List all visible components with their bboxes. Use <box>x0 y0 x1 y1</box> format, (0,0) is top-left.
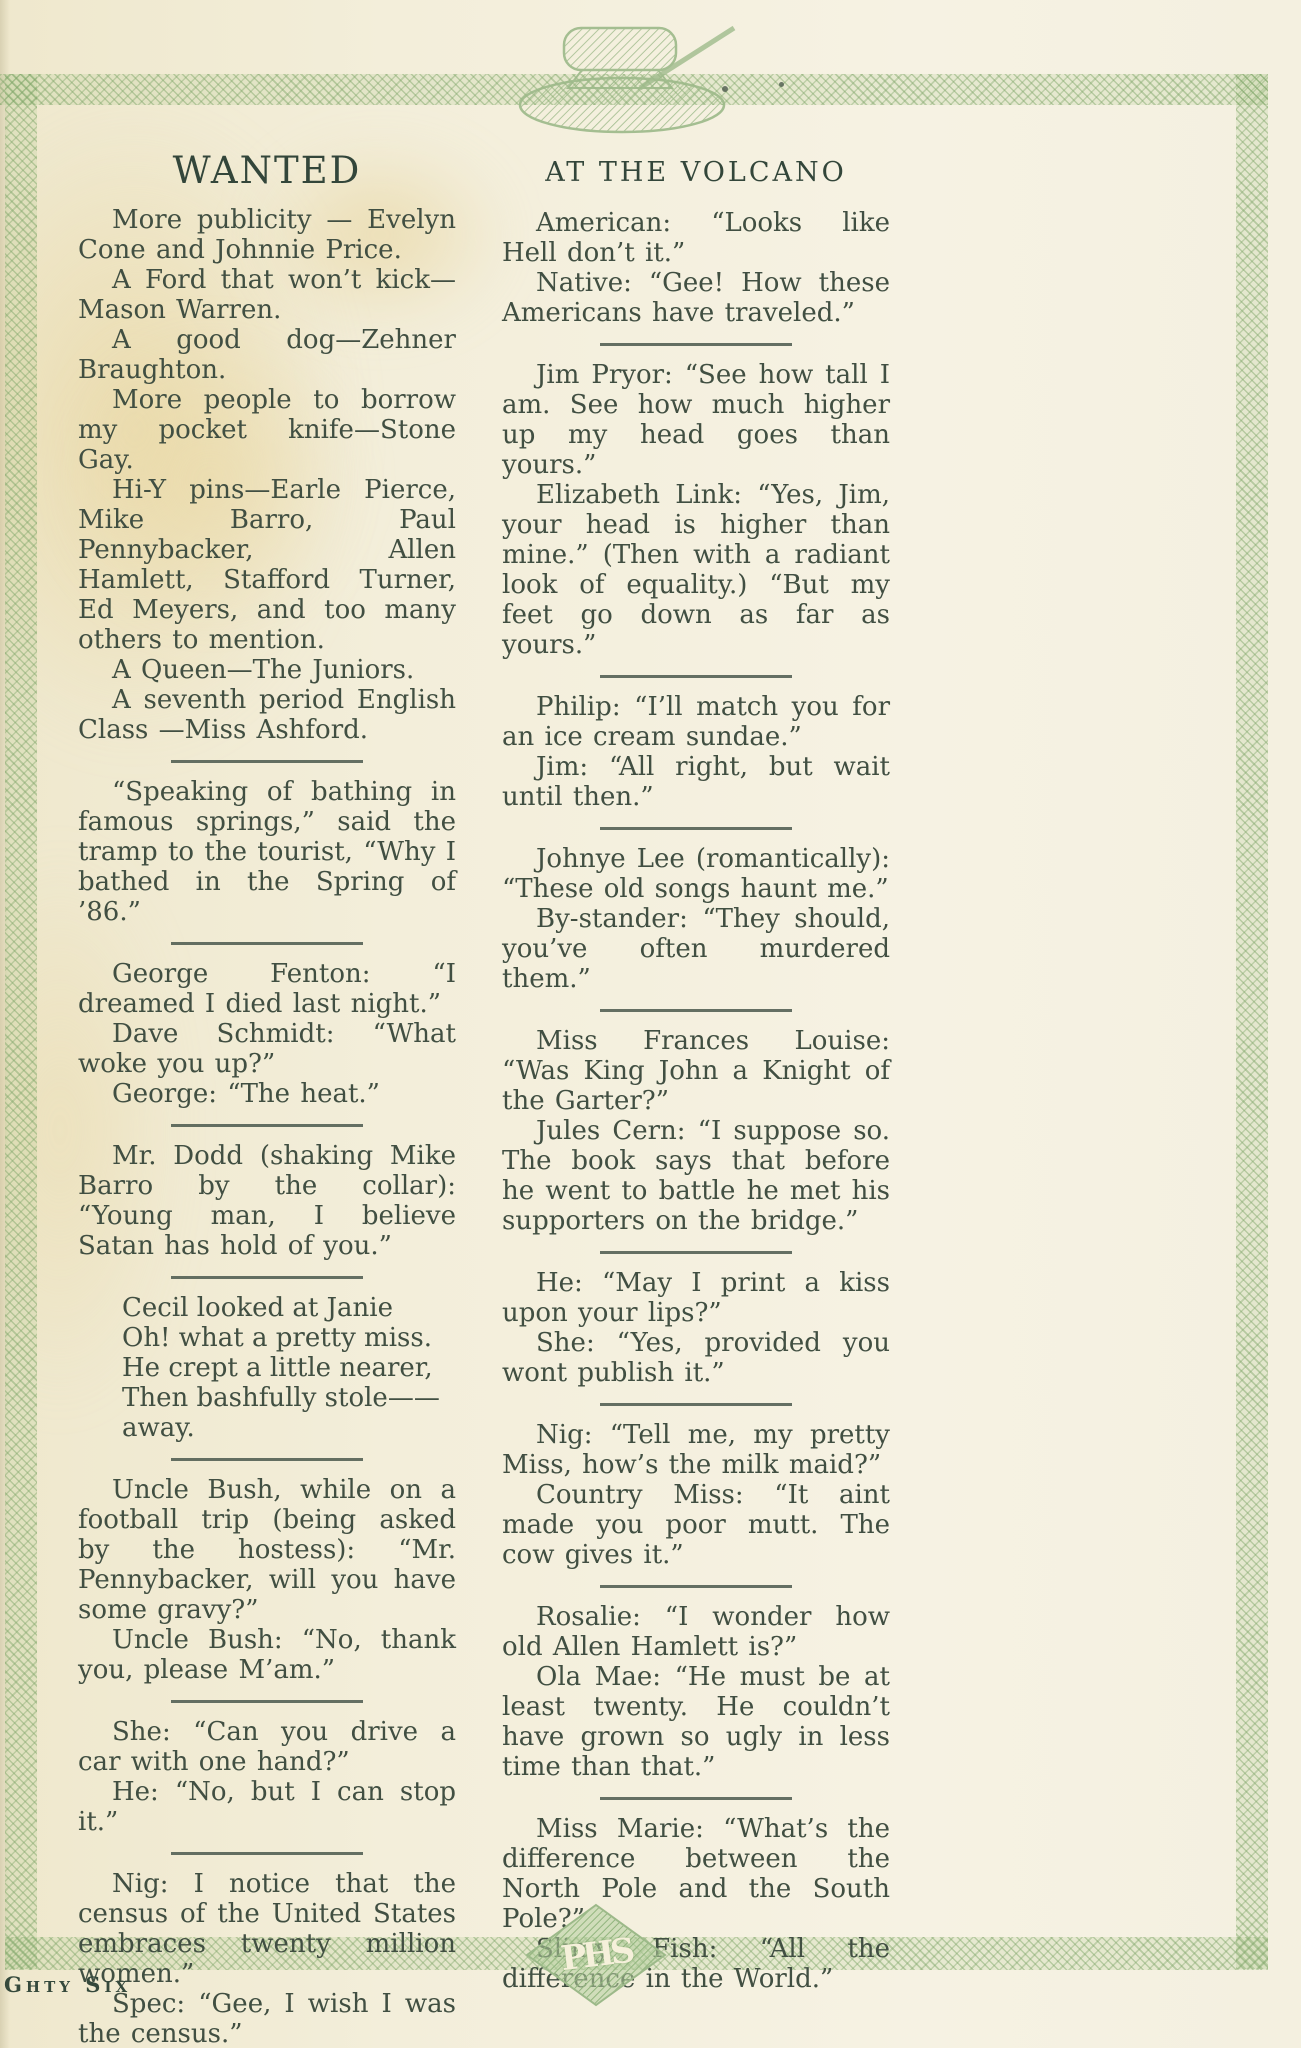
joke-paragraph: Uncle Bush: “No, thank you, please M’am.… <box>78 1625 456 1685</box>
section-divider <box>171 942 363 945</box>
joke-paragraph: Mr. Dodd (shaking Mike Barro by the coll… <box>78 1141 456 1261</box>
joke-paragraph: Miss Frances Louise: “Was King John a Kn… <box>502 1026 890 1116</box>
wanted-heading: WANTED <box>78 152 456 189</box>
joke-paragraph: Elizabeth Link: “Yes, Jim, your head is … <box>502 480 890 660</box>
section-divider <box>171 1458 363 1461</box>
text-columns: WANTED More publicity — Evelyn Cone and … <box>78 152 890 2048</box>
joke-paragraph: Country Miss: “It aint made you poor mut… <box>502 1480 890 1570</box>
border-right <box>1236 74 1268 1969</box>
joke-paragraph: Nig: “Tell me, my pretty Miss, how’s the… <box>502 1420 890 1480</box>
joke-paragraph: Jim: “All right, but wait until then.” <box>502 752 890 812</box>
joke-paragraph: Jim Pryor: “See how tall I am. See how m… <box>502 360 890 480</box>
volcano-heading: AT THE VOLCANO <box>502 159 890 186</box>
poem-line: Then bashfully stole——away. <box>122 1383 456 1443</box>
phs-monogram: PHS <box>525 1903 667 2007</box>
section-divider <box>600 1251 792 1254</box>
section-divider <box>600 675 792 678</box>
joke-paragraph: She: “Can you drive a car with one hand?… <box>78 1717 456 1777</box>
yearbook-jokes-page: WANTED More publicity — Evelyn Cone and … <box>0 0 1301 2048</box>
section-divider <box>600 1797 792 1800</box>
ink-bottle-icon <box>512 22 758 134</box>
joke-paragraph: Johnye Lee (romantically): “These old so… <box>502 844 890 904</box>
poem-line: He crept a little nearer, <box>122 1353 456 1383</box>
joke-paragraph: Dave Schmidt: “What woke you up?” <box>78 1019 456 1079</box>
joke-paragraph: Philip: “I’ll match you for an ice cream… <box>502 692 890 752</box>
phs-monogram-letters: PHS <box>519 1895 673 2016</box>
section-divider <box>171 1700 363 1703</box>
joke-paragraph: He: “No, but I can stop it.” <box>78 1777 456 1837</box>
joke-paragraph: Spec: “Gee, I wish I was the census.” <box>78 1989 456 2048</box>
wanted-column: WANTED More publicity — Evelyn Cone and … <box>78 152 456 2048</box>
joke-paragraph: “Speaking of bathing in famous springs,”… <box>78 777 456 927</box>
joke-paragraph: He: “May I print a kiss upon your lips?” <box>502 1268 890 1328</box>
joke-paragraph: George Fenton: “I dreamed I died last ni… <box>78 959 456 1019</box>
joke-paragraph: A seventh period English Class —Miss Ash… <box>78 685 456 745</box>
joke-paragraph: Nig: I notice that the census of the Uni… <box>78 1869 456 1989</box>
joke-paragraph: More publicity — Evelyn Cone and Johnnie… <box>78 205 456 265</box>
border-left <box>5 74 37 1969</box>
joke-paragraph: American: “Looks like Hell don’t it.” <box>502 208 890 268</box>
section-divider <box>171 1852 363 1855</box>
section-divider <box>171 1124 363 1127</box>
section-divider <box>171 1276 363 1279</box>
joke-paragraph: More people to borrow my pocket knife—St… <box>78 385 456 475</box>
joke-paragraph: A Queen—The Juniors. <box>78 655 456 685</box>
joke-paragraph: By-stander: “They should, you’ve often m… <box>502 904 890 994</box>
ink-speck <box>779 82 784 87</box>
joke-paragraph: A Ford that won’t kick—Mason Warren. <box>78 265 456 325</box>
section-divider <box>600 343 792 346</box>
section-divider <box>600 827 792 830</box>
section-divider <box>600 1585 792 1588</box>
poem-line: Oh! what a pretty miss. <box>122 1323 456 1353</box>
section-divider <box>600 1403 792 1406</box>
joke-paragraph: A good dog—Zehner Braughton. <box>78 325 456 385</box>
volcano-column: AT THE VOLCANO American: “Looks like Hel… <box>502 152 890 2048</box>
joke-paragraph: Native: “Gee! How these Americans have t… <box>502 268 890 328</box>
joke-paragraph: Hi-Y pins—Earle Pierce, Mike Barro, Paul… <box>78 475 456 655</box>
joke-paragraph: Rosalie: “I wonder how old Allen Hamlett… <box>502 1602 890 1662</box>
joke-paragraph: Ola Mae: “He must be at least twenty. He… <box>502 1662 890 1782</box>
section-divider <box>600 1009 792 1012</box>
joke-paragraph: Jules Cern: “I suppose so. The book says… <box>502 1116 890 1236</box>
poem-line: Cecil looked at Janie <box>122 1293 456 1323</box>
poem-block: Cecil looked at Janie Oh! what a pretty … <box>78 1293 456 1443</box>
joke-paragraph: George: “The heat.” <box>78 1079 456 1109</box>
joke-paragraph: She: “Yes, provided you wont publish it.… <box>502 1328 890 1388</box>
section-divider <box>171 760 363 763</box>
joke-paragraph: Uncle Bush, while on a football trip (be… <box>78 1475 456 1625</box>
page-number-label: Ghty Six <box>4 1972 131 1997</box>
